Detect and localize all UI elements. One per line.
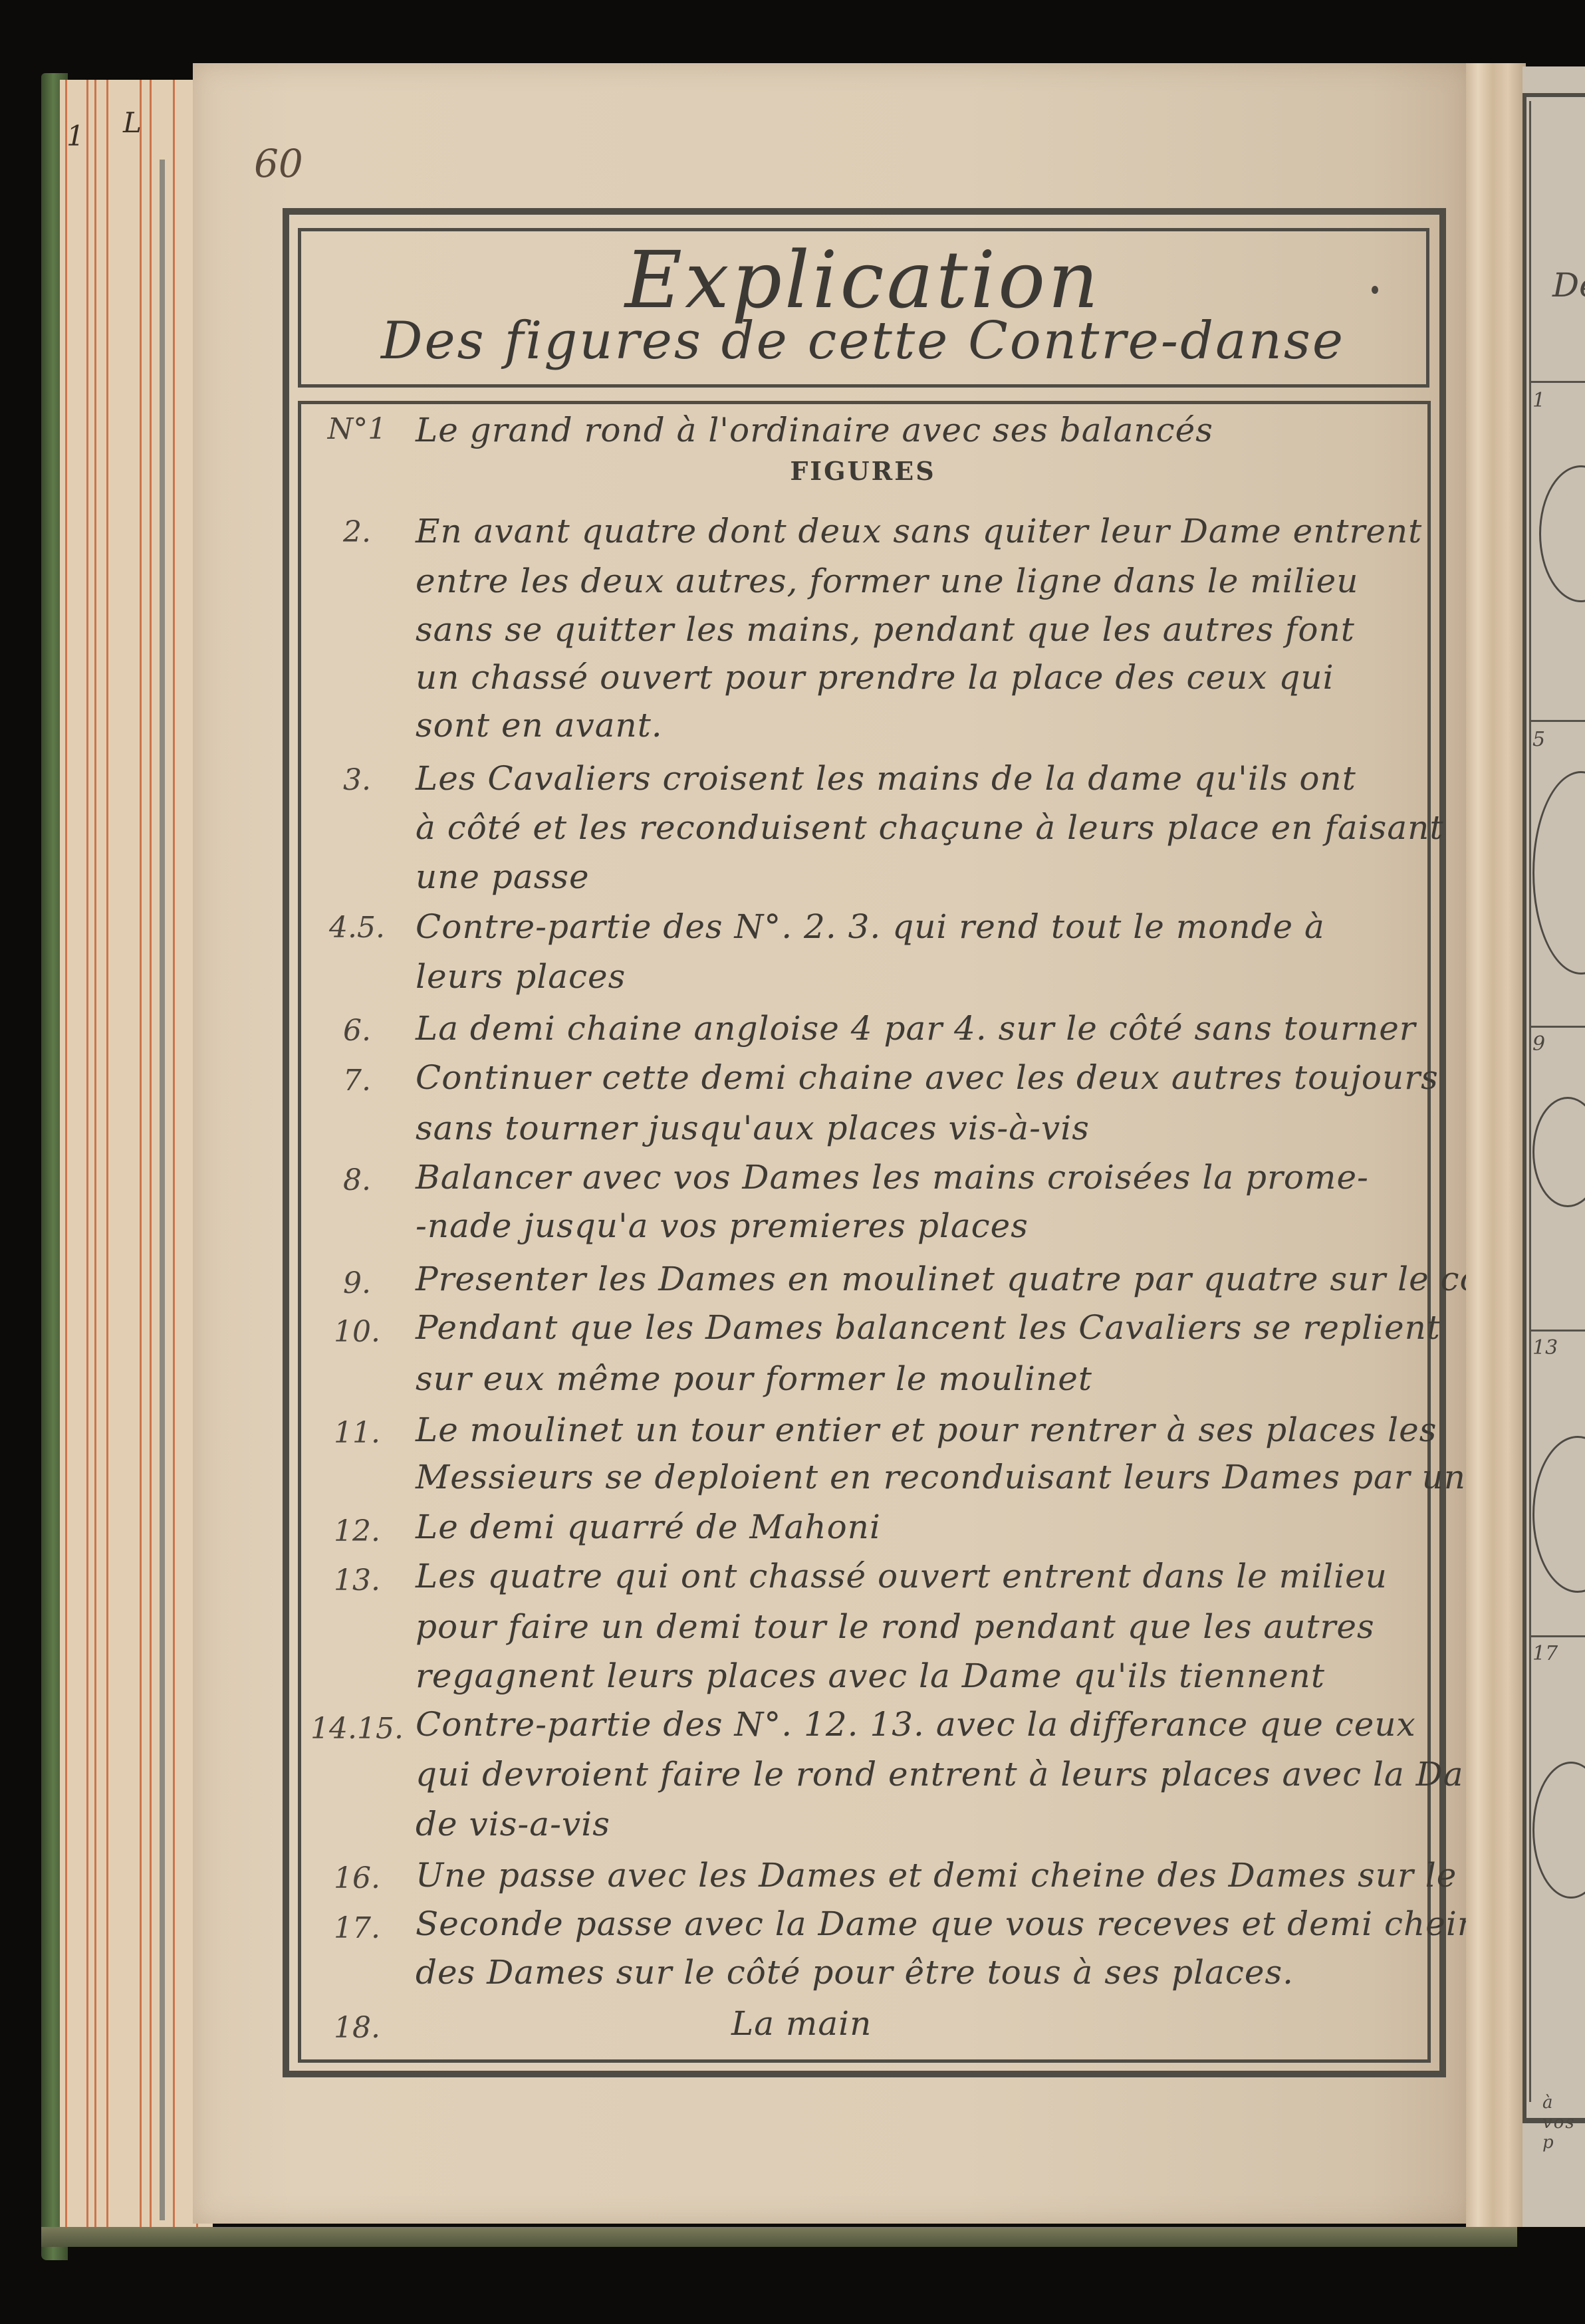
entry-text-line: sans se quitter les mains, pendant que l…: [416, 610, 1426, 649]
book-cover-bottom-edge: [41, 2227, 1517, 2247]
facing-page-figure-number: 9: [1532, 1032, 1545, 1056]
page-subtitle: Des figures de cette Contre-danse: [298, 311, 1428, 371]
page-edge-line: [65, 80, 67, 2234]
entry-text-line: qui devroient faire le rond entrent à le…: [416, 1755, 1426, 1794]
entry-text-line: Pendant que les Dames balancent les Cava…: [416, 1308, 1426, 1347]
entry-text-line: un chassé ouvert pour prendre la place d…: [416, 658, 1426, 697]
entry-number: 3.: [307, 763, 407, 797]
entry-text-line: En avant quatre dont deux sans quiter le…: [416, 512, 1426, 550]
entry-text-line: pour faire un demi tour le rond pendant …: [416, 1607, 1426, 1646]
entry-number: 12.: [307, 1514, 407, 1548]
entry-number: 14.15.: [307, 1712, 407, 1746]
entry-text-line: Le grand rond à l'ordinaire avec ses bal…: [416, 411, 1426, 449]
entry-text-line: Seconde passe avec la Dame que vous rece…: [416, 1905, 1426, 1943]
page-edge-glyph: L: [123, 106, 142, 139]
entry-text-line: La main: [731, 2004, 1130, 2043]
entry-text-line: Une passe avec les Dames et demi cheine …: [416, 1856, 1426, 1895]
entry-text-line: La demi chaine angloise 4 par 4. sur le …: [416, 1009, 1426, 1048]
facing-page-cell-divider: [1529, 720, 1585, 722]
facing-page-cell-divider: [1529, 1330, 1585, 1332]
facing-page-figure-number: 1: [1532, 389, 1545, 412]
entry-number: 4.5.: [307, 911, 407, 945]
page-edge-glyph: 1: [66, 120, 84, 152]
entry-text-line: de vis-a-vis: [416, 1805, 1426, 1843]
entry-text-line: une passe: [416, 858, 1426, 896]
page-edge-line: [150, 80, 152, 2234]
entry-text-line: Contre-partie des N°. 2. 3. qui rend tou…: [416, 907, 1426, 946]
book-gutter: [1466, 63, 1526, 2227]
entry-number: 9.: [307, 1266, 407, 1300]
facing-page-footer-text: à vos p: [1542, 2093, 1585, 2152]
page-number: 60: [254, 141, 303, 186]
entry-number: 2.: [307, 515, 407, 549]
facing-page-cell-divider: [1529, 1026, 1585, 1028]
entry-number: 16.: [307, 1861, 407, 1895]
page-edge-rule: [160, 160, 165, 2220]
page-edge-line: [173, 80, 175, 2234]
facing-page-figure-number: 5: [1532, 728, 1545, 751]
stacked-page-edges: 1 L: [60, 80, 213, 2234]
page-edge-line: [94, 80, 96, 2234]
entry-number: N°1: [307, 412, 407, 446]
entry-number: 18.: [307, 2011, 407, 2045]
entry-number: 7.: [307, 1064, 407, 1098]
entry-number: 10.: [307, 1315, 407, 1349]
entry-text-line: Le moulinet un tour entier et pour rentr…: [416, 1411, 1426, 1449]
section-heading-figures: FIGURES: [298, 456, 1428, 486]
entry-text-line: des Dames sur le côté pour être tous à s…: [416, 1953, 1426, 1992]
entry-text-line: sans tourner jusqu'aux places vis-à-vis: [416, 1109, 1426, 1147]
entry-text-line: leurs places: [416, 957, 1426, 996]
entry-text-line: Messieurs se deploient en reconduisant l…: [416, 1458, 1426, 1496]
entry-text-line: Les Cavaliers croisent les mains de la d…: [416, 759, 1426, 798]
entry-number: 11.: [307, 1416, 407, 1450]
entry-text-line: entre les deux autres, former une ligne …: [416, 562, 1426, 600]
entry-text-line: Contre-partie des N°. 12. 13. avec la di…: [416, 1705, 1426, 1744]
entry-text-line: Presenter les Dames en moulinet quatre p…: [416, 1260, 1426, 1298]
facing-page-heading: De: [1552, 266, 1585, 304]
entry-text-line: Balancer avec vos Dames les mains croisé…: [416, 1158, 1426, 1197]
entry-text-line: regagnent leurs places avec la Dame qu'i…: [416, 1657, 1426, 1695]
entry-number: 8.: [307, 1163, 407, 1197]
entry-text-line: Continuer cette demi chaine avec les deu…: [416, 1058, 1426, 1097]
facing-page-figure-number: 17: [1532, 1642, 1558, 1665]
facing-page-cell-divider: [1529, 1635, 1585, 1637]
entry-text-line: -nade jusqu'a vos premieres places: [416, 1207, 1426, 1245]
entry-text-line: Les quatre qui ont chassé ouvert entrent…: [416, 1557, 1426, 1595]
entry-number: 13.: [307, 1564, 407, 1597]
entry-number: 6.: [307, 1014, 407, 1048]
page-edge-line: [86, 80, 88, 2234]
page-edge-line: [140, 80, 142, 2234]
facing-page-figure-number: 13: [1532, 1336, 1558, 1359]
entry-text-line: sur eux même pour former le moulinet: [416, 1359, 1426, 1398]
entry-text-line: sont en avant.: [416, 706, 1426, 745]
facing-page-cell-divider: [1529, 381, 1585, 383]
ornament-dot: [1372, 286, 1378, 294]
entry-text-line: à côté et les reconduisent chaçune à leu…: [416, 808, 1426, 847]
entry-text-line: Le demi quarré de Mahoni: [416, 1508, 1426, 1546]
entry-number: 17.: [307, 1911, 407, 1945]
page-edge-line: [106, 80, 108, 2234]
